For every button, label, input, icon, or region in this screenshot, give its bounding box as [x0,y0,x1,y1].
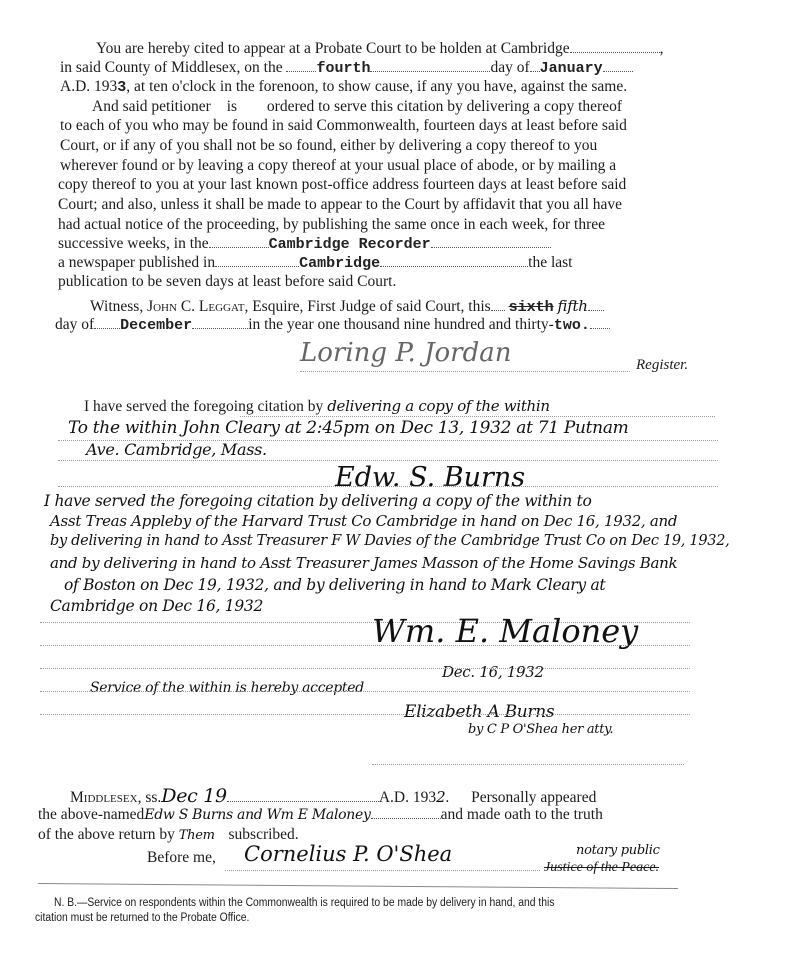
hearing-day-field[interactable]: fourth [316,60,370,77]
register-label: Register. [636,357,688,374]
citation-line-10: had actual notice of the proceeding, by … [58,216,605,234]
subscribed-by-field[interactable]: Them [179,828,215,843]
second-return-line-3: and by delivering in hand to Asst Treasu… [50,554,677,572]
second-return-line-5: Cambridge on Dec 16, 1932 [50,597,263,615]
acceptance-text: Service of the within is hereby accepted [90,680,364,696]
citation-line-4: And said petitioner is ordered to serve … [92,98,622,116]
footnote-divider [38,883,678,889]
footnote-line-1: N. B.—Service on respondents within the … [54,897,555,909]
return-intro: I have served the foregoing citation by … [84,397,550,416]
justice-signature: Cornelius P. O'Shea [244,842,452,866]
second-return-line-0: I have served the foregoing citation by … [44,492,592,510]
return-hand-line-1: To the within John Cleary at 2:45pm on D… [68,418,628,438]
acceptance-date: Dec. 16, 1932 [442,663,544,681]
ruled-line [40,668,690,669]
signature-line [225,870,540,871]
ruled-line [240,416,715,417]
ruled-line [40,691,690,692]
oath-line-4: Before me, [147,849,216,867]
ruled-line [40,645,690,646]
witness-line-2: day ofDecemberin the year one thousand n… [55,316,610,334]
second-return-line-1: Asst Treas Appleby of the Harvard Trust … [50,512,677,530]
oath-line-1: Middlesex, ss.Dec 19A.D. 1932. Personall… [70,785,596,807]
oath-year-digit[interactable]: 2 [436,788,445,806]
notary-public-handwritten: notary public [576,843,660,858]
hearing-month-field[interactable]: January [540,60,603,77]
ruled-line [58,486,718,487]
citation-line-2: in said County of Middlesex, on the four… [60,59,633,77]
register-signature: Loring P. Jordan [300,338,511,368]
signature-elizabeth-burns: Elizabeth A Burns [404,702,554,722]
register-signature-line [300,371,630,372]
citation-line-12: a newspaper published inCambridgethe las… [58,254,572,272]
second-return-line-2: by delivering in hand to Asst Treasurer … [50,533,729,549]
footnote-line-2: citation must be returned to the Probate… [35,912,249,924]
affiants-field[interactable]: Edw S Burns and Wm E Maloney [144,807,370,823]
return-hand-line-2: Ave. Cambridge, Mass. [86,440,267,459]
second-return-line-4: of Boston on Dec 19, 1932, and by delive… [64,576,605,594]
citation-line-8: copy thereof to you at your last known p… [58,176,626,194]
citation-line-13: publication to be seven days at least be… [58,273,396,291]
newspaper-field[interactable]: Cambridge Recorder [269,236,431,253]
ruled-line [40,714,690,715]
oath-line-2: the above-namedEdw S Burns and Wm E Malo… [38,806,603,824]
witness-year-field[interactable]: two. [554,317,590,334]
justice-of-peace-label: Justice of the Peace. [544,860,659,876]
witness-month-field[interactable]: December [120,317,192,334]
signature-edw-burns: Edw. S. Burns [335,462,525,493]
citation-line-1: You are hereby cited to appear at a Prob… [96,40,664,58]
ruled-line [58,460,718,461]
citation-line-5: to each of you who may be found in said … [60,117,627,135]
witness-day-handwritten[interactable]: fifth [557,297,587,315]
oath-date-field[interactable]: Dec 19 [161,785,227,807]
citation-line-11: successive weeks, in theCambridge Record… [58,235,551,253]
ruled-line [372,764,684,765]
struck-day-value: sixth [509,299,554,316]
judge-name: John C. Leggat [147,298,244,315]
hearing-year-digit[interactable]: 3 [117,79,126,96]
signature-attorney: by C P O'Shea her atty. [468,722,613,737]
citation-line-3: A.D. 1933, at ten o'clock in the forenoo… [60,78,627,96]
citation-line-7: wherever found or by leaving a copy ther… [60,157,616,175]
publication-city-field[interactable]: Cambridge [299,255,380,272]
witness-line-1: Witness, John C. Leggat, Esquire, First … [90,297,604,316]
citation-line-6: Court, or if any of you shall not be so … [60,137,597,155]
return-hand-line-0: delivering a copy of the within [327,397,550,415]
citation-line-9: Court; and also, unless it shall be made… [58,196,622,214]
